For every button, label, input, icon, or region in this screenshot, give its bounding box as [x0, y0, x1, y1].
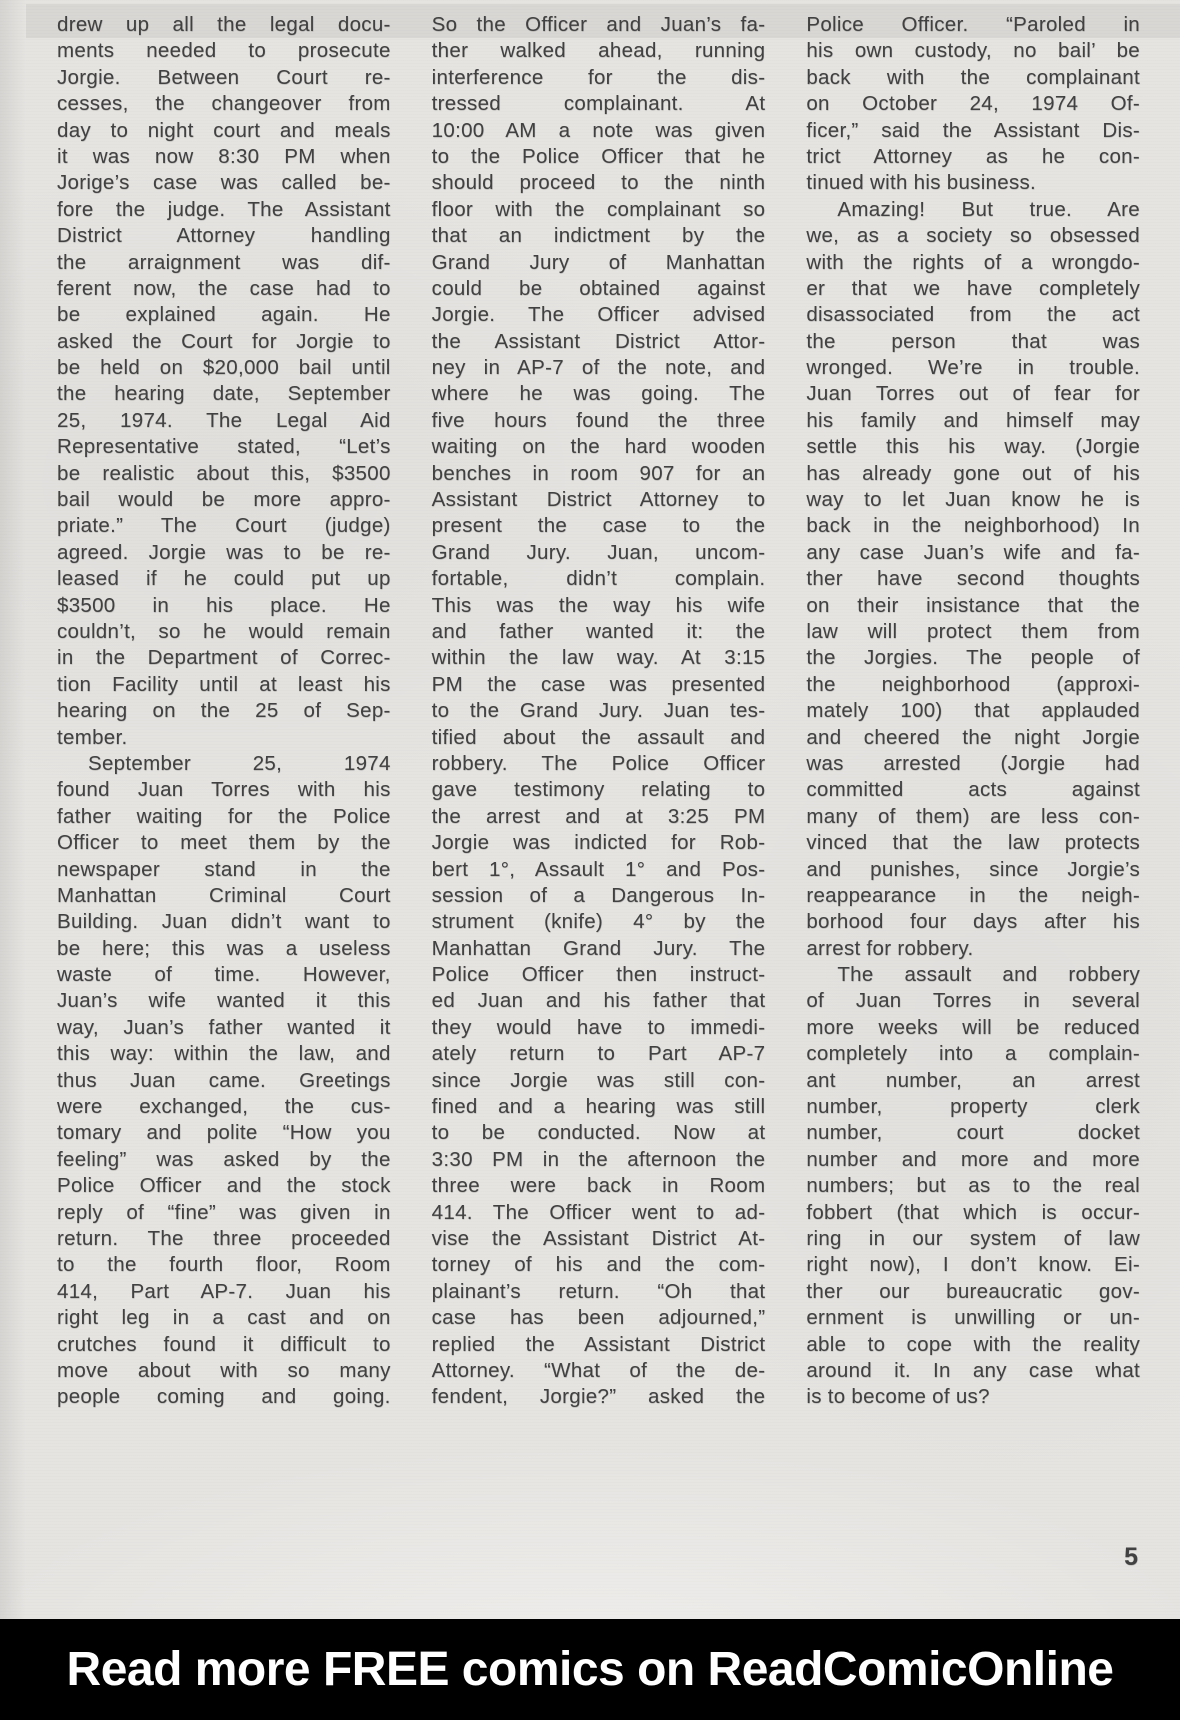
text-line: er that we have completely: [806, 276, 1140, 302]
text-line: ed Juan and his father that: [432, 988, 766, 1014]
text-line: three were back in Room: [432, 1173, 766, 1199]
text-line: thus Juan came. Greetings: [57, 1068, 391, 1094]
article-columns: drew up all the legal docu-ments needed …: [57, 12, 1140, 1411]
text-line: any case Juan’s wife and fa-: [806, 540, 1140, 566]
text-line: ernment is unwilling or un-: [806, 1305, 1140, 1331]
text-column-1: drew up all the legal docu-ments needed …: [57, 12, 391, 1411]
banner-text: Read more FREE comics on ReadComicOnline: [67, 1642, 1114, 1697]
text-line: law will protect them from: [806, 619, 1140, 645]
text-line: hearing on the 25 of Sep-: [57, 698, 391, 724]
text-line: Juan Torres out of fear for: [806, 381, 1140, 407]
text-line: benches in room 907 for an: [432, 461, 766, 487]
page-number: 5: [1124, 1543, 1138, 1572]
paper-left-shade: [0, 0, 26, 1720]
text-line: Building. Juan didn’t want to: [57, 909, 391, 935]
text-line: fobbert (that which is occur-: [806, 1200, 1140, 1226]
text-line: we, as a society so obsessed: [806, 223, 1140, 249]
text-line: number and more and more: [806, 1147, 1140, 1173]
text-line: ther have second thoughts: [806, 566, 1140, 592]
text-line: number, court docket: [806, 1120, 1140, 1146]
text-line: District Attorney handling: [57, 223, 391, 249]
text-line: Police Officer and the stock: [57, 1173, 391, 1199]
text-line: fendent, Jorgie?” asked the: [432, 1384, 766, 1410]
text-line: crutches found it difficult to: [57, 1332, 391, 1358]
text-line: tressed complainant. At: [432, 91, 766, 117]
text-line: on their insistance that the: [806, 593, 1140, 619]
text-line: should proceed to the ninth: [432, 170, 766, 196]
text-line: 10:00 AM a note was given: [432, 118, 766, 144]
text-line: the arrest and at 3:25 PM: [432, 804, 766, 830]
text-line: his own custody, no bail’ be: [806, 38, 1140, 64]
text-line: this way: within the law, and: [57, 1041, 391, 1067]
text-line: were exchanged, the cus-: [57, 1094, 391, 1120]
text-line: Assistant District Attorney to: [432, 487, 766, 513]
text-line: to the Police Officer that he: [432, 144, 766, 170]
text-line: torney of his and the com-: [432, 1252, 766, 1278]
text-line: fore the judge. The Assistant: [57, 197, 391, 223]
text-line: able to cope with the reality: [806, 1332, 1140, 1358]
text-line: many of them) are less con-: [806, 804, 1140, 830]
text-line: arrest for robbery.: [806, 936, 1140, 962]
text-line: and father wanted it: the: [432, 619, 766, 645]
text-line: in the Department of Correc-: [57, 645, 391, 671]
text-line: gave testimony relating to: [432, 777, 766, 803]
comic-text-page: drew up all the legal docu-ments needed …: [0, 0, 1180, 1720]
text-column-3: Police Officer. “Paroled inhis own custo…: [806, 12, 1140, 1411]
text-line: way, Juan’s father wanted it: [57, 1015, 391, 1041]
text-line: ther our bureaucratic gov-: [806, 1279, 1140, 1305]
text-line: five hours found the three: [432, 408, 766, 434]
text-line: floor with the complainant so: [432, 197, 766, 223]
text-line: be realistic about this, $3500: [57, 461, 391, 487]
text-line: to the Grand Jury. Juan tes-: [432, 698, 766, 724]
text-line: trict Attorney as he con-: [806, 144, 1140, 170]
text-line: ments needed to prosecute: [57, 38, 391, 64]
text-line: be here; this was a useless: [57, 936, 391, 962]
text-line: Jorige’s case was called be-: [57, 170, 391, 196]
text-line: disassociated from the act: [806, 302, 1140, 328]
text-line: Manhattan Criminal Court: [57, 883, 391, 909]
text-line: numbers; but as to the real: [806, 1173, 1140, 1199]
text-line: ficer,” said the Assistant Dis-: [806, 118, 1140, 144]
text-line: couldn’t, so he would remain: [57, 619, 391, 645]
text-line: return. The three proceeded: [57, 1226, 391, 1252]
text-line: committed acts against: [806, 777, 1140, 803]
text-line: the person that was: [806, 329, 1140, 355]
text-line: on October 24, 1974 Of-: [806, 91, 1140, 117]
text-line: session of a Dangerous In-: [432, 883, 766, 909]
text-line: the neighborhood (approxi-: [806, 672, 1140, 698]
text-line: Grand Jury. Juan, uncom-: [432, 540, 766, 566]
text-line: Juan’s wife wanted it this: [57, 988, 391, 1014]
text-line: and punishes, since Jorgie’s: [806, 857, 1140, 883]
text-line: The assault and robbery: [806, 962, 1140, 988]
text-line: robbery. The Police Officer: [432, 751, 766, 777]
text-line: drew up all the legal docu-: [57, 12, 391, 38]
text-line: around it. In any case what: [806, 1358, 1140, 1384]
text-line: ther walked ahead, running: [432, 38, 766, 64]
text-line: is to become of us?: [806, 1384, 1140, 1410]
text-line: fined and a hearing was still: [432, 1094, 766, 1120]
text-line: the arraignment was dif-: [57, 250, 391, 276]
text-line: cesses, the changeover from: [57, 91, 391, 117]
text-line: case has been adjourned,”: [432, 1305, 766, 1331]
text-line: day to night court and meals: [57, 118, 391, 144]
text-line: feeling” was asked by the: [57, 1147, 391, 1173]
text-line: Grand Jury of Manhattan: [432, 250, 766, 276]
text-line: where he was going. The: [432, 381, 766, 407]
text-line: present the case to the: [432, 513, 766, 539]
text-line: way to let Juan know he is: [806, 487, 1140, 513]
text-line: 3:30 PM in the afternoon the: [432, 1147, 766, 1173]
text-line: agreed. Jorgie was to be re-: [57, 540, 391, 566]
text-line: borhood four days after his: [806, 909, 1140, 935]
text-line: father waiting for the Police: [57, 804, 391, 830]
text-line: completely into a complain-: [806, 1041, 1140, 1067]
text-line: ring in our system of law: [806, 1226, 1140, 1252]
text-line: ately return to Part AP-7: [432, 1041, 766, 1067]
text-line: priate.” The Court (judge): [57, 513, 391, 539]
text-line: waiting on the hard wooden: [432, 434, 766, 460]
text-line: tion Facility until at least his: [57, 672, 391, 698]
text-line: ant number, an arrest: [806, 1068, 1140, 1094]
text-line: tember.: [57, 725, 391, 751]
text-line: plainant’s return. “Oh that: [432, 1279, 766, 1305]
text-line: with the rights of a wrongdo-: [806, 250, 1140, 276]
text-line: more weeks will be reduced: [806, 1015, 1140, 1041]
text-line: Officer to meet them by the: [57, 830, 391, 856]
text-line: Representative stated, “Let’s: [57, 434, 391, 460]
text-line: to the fourth floor, Room: [57, 1252, 391, 1278]
text-line: tified about the assault and: [432, 725, 766, 751]
text-line: strument (knife) 4° by the: [432, 909, 766, 935]
text-line: that an indictment by the: [432, 223, 766, 249]
text-line: be explained again. He: [57, 302, 391, 328]
text-line: leased if he could put up: [57, 566, 391, 592]
text-line: the hearing date, September: [57, 381, 391, 407]
text-line: it was now 8:30 PM when: [57, 144, 391, 170]
text-line: right now), I don’t know. Ei-: [806, 1252, 1140, 1278]
text-line: settle this his way. (Jorgie: [806, 434, 1140, 460]
text-line: 414, Part AP-7. Juan his: [57, 1279, 391, 1305]
text-line: replied the Assistant District: [432, 1332, 766, 1358]
text-line: Police Officer then instruct-: [432, 962, 766, 988]
text-line: his family and himself may: [806, 408, 1140, 434]
text-line: mately 100) that applauded: [806, 698, 1140, 724]
text-line: back in the neighborhood) In: [806, 513, 1140, 539]
text-line: 25, 1974. The Legal Aid: [57, 408, 391, 434]
text-line: Amazing! But true. Are: [806, 197, 1140, 223]
text-line: has already gone out of his: [806, 461, 1140, 487]
text-line: tomary and polite “How you: [57, 1120, 391, 1146]
text-line: Jorgie. Between Court re-: [57, 65, 391, 91]
text-line: September 25, 1974: [57, 751, 391, 777]
text-line: the Jorgies. The people of: [806, 645, 1140, 671]
text-line: vise the Assistant District At-: [432, 1226, 766, 1252]
text-line: interference for the dis-: [432, 65, 766, 91]
text-line: 414. The Officer went to ad-: [432, 1200, 766, 1226]
text-line: people coming and going.: [57, 1384, 391, 1410]
text-line: found Juan Torres with his: [57, 777, 391, 803]
text-line: Jorgie. The Officer advised: [432, 302, 766, 328]
text-line: bert 1°, Assault 1° and Pos-: [432, 857, 766, 883]
text-line: Attorney. “What of the de-: [432, 1358, 766, 1384]
text-line: of Juan Torres in several: [806, 988, 1140, 1014]
text-line: within the law way. At 3:15: [432, 645, 766, 671]
text-line: Manhattan Grand Jury. The: [432, 936, 766, 962]
text-line: ney in AP-7 of the note, and: [432, 355, 766, 381]
text-line: was arrested (Jorgie had: [806, 751, 1140, 777]
text-line: the Assistant District Attor-: [432, 329, 766, 355]
text-line: and cheered the night Jorgie: [806, 725, 1140, 751]
text-line: Police Officer. “Paroled in: [806, 12, 1140, 38]
text-line: number, property clerk: [806, 1094, 1140, 1120]
text-line: wronged. We’re in trouble.: [806, 355, 1140, 381]
text-line: This was the way his wife: [432, 593, 766, 619]
text-line: could be obtained against: [432, 276, 766, 302]
text-line: Jorgie was indicted for Rob-: [432, 830, 766, 856]
text-line: they would have to immedi-: [432, 1015, 766, 1041]
text-line: since Jorgie was still con-: [432, 1068, 766, 1094]
text-line: ferent now, the case had to: [57, 276, 391, 302]
text-line: $3500 in his place. He: [57, 593, 391, 619]
text-line: move about with so many: [57, 1358, 391, 1384]
text-line: reappearance in the neigh-: [806, 883, 1140, 909]
text-line: newspaper stand in the: [57, 857, 391, 883]
text-line: vinced that the law protects: [806, 830, 1140, 856]
text-line: reply of “fine” was given in: [57, 1200, 391, 1226]
text-line: bail would be more appro-: [57, 487, 391, 513]
text-line: be held on $20,000 bail until: [57, 355, 391, 381]
text-line: tinued with his business.: [806, 170, 1140, 196]
text-line: right leg in a cast and on: [57, 1305, 391, 1331]
readcomiconline-banner: Read more FREE comics on ReadComicOnline: [0, 1619, 1180, 1720]
text-line: to be conducted. Now at: [432, 1120, 766, 1146]
text-line: PM the case was presented: [432, 672, 766, 698]
text-line: asked the Court for Jorgie to: [57, 329, 391, 355]
text-line: back with the complainant: [806, 65, 1140, 91]
text-line: waste of time. However,: [57, 962, 391, 988]
text-line: fortable, didn’t complain.: [432, 566, 766, 592]
text-line: So the Officer and Juan’s fa-: [432, 12, 766, 38]
text-column-2: So the Officer and Juan’s fa-ther walked…: [432, 12, 766, 1411]
